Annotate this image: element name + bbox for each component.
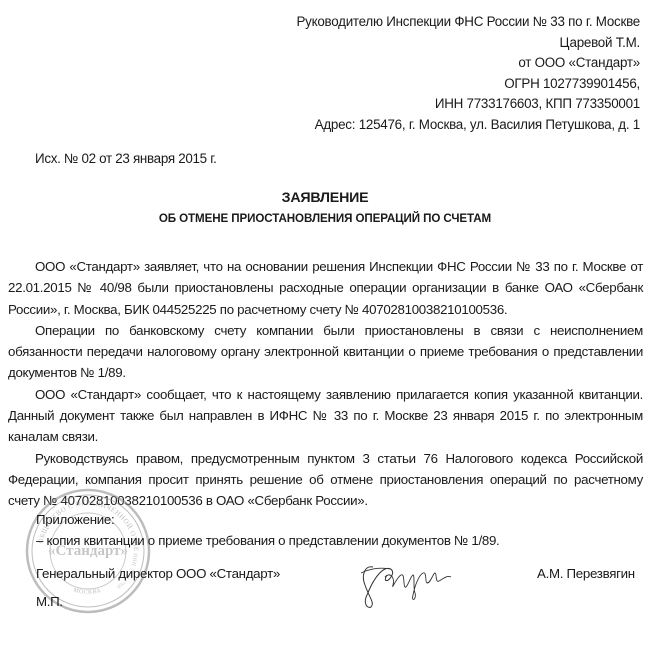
attachment-label: Приложение:: [36, 509, 499, 530]
signer-position: Генеральный директор ООО «Стандарт»: [36, 566, 280, 581]
document-title: ЗАЯВЛЕНИЕ: [0, 190, 650, 206]
handwritten-signature: [355, 555, 455, 610]
addressee-line: Царевой Т.М.: [220, 33, 640, 54]
outgoing-reference: Исх. № 02 от 23 января 2015 г.: [35, 151, 217, 166]
document-page: Руководителю Инспекции ФНС России № 33 п…: [0, 0, 650, 646]
document-subtitle: ОБ ОТМЕНЕ ПРИОСТАНОВЛЕНИЯ ОПЕРАЦИЙ ПО СЧ…: [0, 212, 650, 225]
addressee-line: ОГРН 1027739901456,: [220, 74, 640, 95]
addressee-line: ИНН 7733176603, КПП 773350001: [220, 94, 640, 115]
addressee-block: Руководителю Инспекции ФНС России № 33 п…: [220, 12, 640, 135]
body-paragraph: ООО «Стандарт» заявляет, что на основани…: [8, 256, 643, 320]
attachment-block: Приложение: – копия квитанции о приеме т…: [36, 509, 499, 551]
body-text: ООО «Стандарт» заявляет, что на основани…: [8, 256, 643, 512]
body-paragraph: Операции по банковскому счету компании б…: [8, 320, 643, 384]
addressee-line: Адрес: 125476, г. Москва, ул. Василия Пе…: [220, 115, 640, 136]
attachment-item: – копия квитанции о приеме требования о …: [36, 530, 499, 551]
seal-mark: М.П.: [36, 594, 63, 609]
addressee-line: от ООО «Стандарт»: [220, 53, 640, 74]
body-paragraph: ООО «Стандарт» сообщает, что к настоящем…: [8, 384, 643, 448]
signer-name: А.М. Перезвягин: [537, 566, 635, 581]
addressee-line: Руководителю Инспекции ФНС России № 33 п…: [220, 12, 640, 33]
